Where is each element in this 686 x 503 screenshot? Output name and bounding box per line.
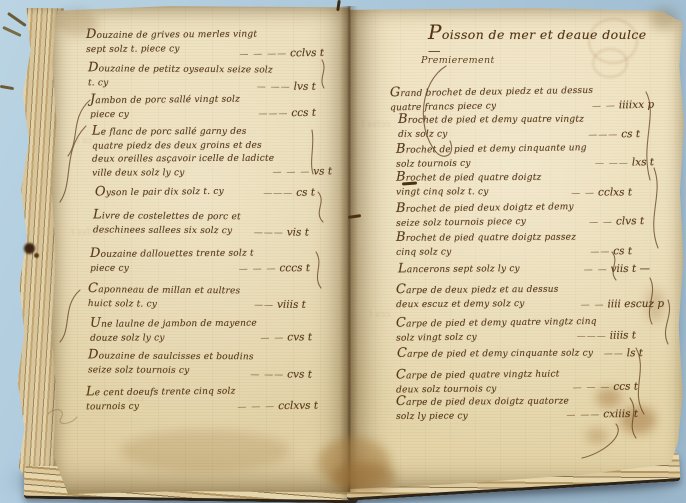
leader-dashes: ——— xyxy=(258,109,288,119)
entry-amount: cvs t xyxy=(287,331,312,343)
leader-dashes: ——— xyxy=(263,189,293,199)
ledger-entry: Douzaine dallouettes trente solz t piece… xyxy=(90,245,310,276)
ledger-entry: Jambon de porc sallé vingt solz piece cy… xyxy=(90,91,316,121)
ledger-entry: Oyson le pair dix solz t. cy ———cs t xyxy=(95,182,315,201)
entry-text: Caponneau de millan et aultres huict sol… xyxy=(88,282,271,313)
entry-amount: cs t xyxy=(613,245,632,257)
ledger-entry: Carpe de pied quatre vingtz huict deux s… xyxy=(396,366,638,396)
entry-amount: vs t xyxy=(313,165,332,177)
entry-amount: ccs t xyxy=(613,381,638,393)
ledger-entry: Carpe de pied et demy cinquante solz cy … xyxy=(397,345,643,361)
ledger-entry: Douzaine de saulcisses et boudins seize … xyxy=(88,348,312,380)
leader-dashes: —— xyxy=(604,349,624,359)
ledger-entry: Brochet de pied quatre doigtz vingt cinq… xyxy=(396,169,632,199)
entry-amount: cccs t xyxy=(279,262,310,274)
leader-dashes: — — xyxy=(589,218,613,228)
entry-amount: cclvs t xyxy=(290,47,324,59)
ledger-entry: Lancerons sept solz ly cy — —viis t — xyxy=(398,260,650,278)
ledger-entry: Brochet de pied quatre doigtz passez cin… xyxy=(396,229,632,259)
entry-amount: iiii escuz p xyxy=(607,298,664,310)
entry-amount: ccs t xyxy=(291,107,316,119)
ledger-entry: Douzaine de petitz oyseaulx seize solz t… xyxy=(88,61,316,93)
leader-dashes: — — xyxy=(592,101,616,111)
handwriting-layer: Poisson de mer et deaue doulce — Premier… xyxy=(0,0,686,503)
leader-dashes: — — xyxy=(581,300,605,310)
leader-dashes: — — — xyxy=(272,167,310,177)
leader-dashes: — —— xyxy=(250,370,284,380)
ledger-entry: Brochet de pied et demy quatre vingtz di… xyxy=(398,111,640,142)
entry-text: Douzaine de saulcisses et boudins seize … xyxy=(88,348,276,378)
entry-amount: cxiiis t xyxy=(603,408,638,420)
entry-text: Lancerons sept solz ly cy xyxy=(398,260,610,278)
entry-text: Une laulne de jambon de mayence douze so… xyxy=(90,315,277,345)
entry-amount: lxs t xyxy=(632,156,654,168)
ledger-entry: Carpe de pied deux doigtz quatorze solz … xyxy=(396,393,638,422)
ledger-entry: Carpe de deux piedz et au dessus deux es… xyxy=(396,281,664,312)
entry-text: Oyson le pair dix solz t. cy xyxy=(95,183,280,201)
ledger-entry: Grand brochet de deux piedz et au dessus… xyxy=(390,82,654,116)
leader-dashes: — — xyxy=(584,265,608,275)
entry-text: Livre de costelettes de porc et deschine… xyxy=(93,208,275,238)
entry-text: Douzaine de petitz oyseaulx seize solz t… xyxy=(88,61,280,91)
leader-dashes: ——— xyxy=(577,332,607,342)
ledger-entry: Brochet de pied deux doigtz et demy seiz… xyxy=(396,198,644,231)
entry-amount: viis t — xyxy=(611,263,651,275)
leader-dashes: — — — xyxy=(239,264,277,274)
leader-dashes: — —— xyxy=(595,159,629,169)
entry-amount: vis t xyxy=(287,226,309,238)
ledger-entry: Livre de costelettes de porc et deschine… xyxy=(93,208,309,238)
entry-text: Brochet de pied et demy cinquante ung so… xyxy=(396,140,613,172)
entry-text: Brochet de pied quatre doigtz vingt cinq… xyxy=(396,170,594,200)
entry-amount: cclxs t xyxy=(598,186,632,198)
leader-dashes: — — — xyxy=(573,383,611,393)
entry-text: Grand brochet de deux piedz et au dessus… xyxy=(390,82,612,115)
leader-dashes: — — xyxy=(260,333,284,343)
entry-text: Carpe de pied et demy cinquante solz cy xyxy=(397,345,604,362)
ledger-entry: Douzaine de grives ou merles vingt sept … xyxy=(86,26,324,61)
entry-amount: cvs t xyxy=(287,368,312,380)
entry-text: Brochet de pied et demy quatre vingtz di… xyxy=(398,111,601,141)
ledger-entry: Le cent doeufs trente cinq solz tournois… xyxy=(86,383,318,415)
ledger-entry: Brochet de pied et demy cinquante ung so… xyxy=(396,139,654,172)
entry-amount: viiis t xyxy=(277,299,306,311)
entry-amount: clvs t xyxy=(616,215,644,227)
leader-dashes: — — —— xyxy=(239,49,287,59)
leader-dashes: —— xyxy=(590,247,610,257)
leader-dashes: — — — xyxy=(237,402,275,412)
leader-dashes: — — xyxy=(571,189,595,199)
entry-text: Brochet de pied quatre doigtz passez cin… xyxy=(396,229,594,259)
ledger-entry: Le flanc de porc sallé garny des quatre … xyxy=(92,123,332,178)
ledger-entry: Carpe de pied et demy quatre vingtz cinq… xyxy=(396,313,636,344)
leader-dashes: ——— xyxy=(254,228,284,238)
entry-text: Carpe de pied et demy quatre vingtz cinq… xyxy=(396,314,598,346)
manuscript-photograph: cs t cclxs t ls t cs t ccs t cclvs t Poi… xyxy=(0,0,686,503)
entry-text: Jambon de porc sallé vingt solz piece cy xyxy=(90,91,280,122)
page-subheading: Premierement xyxy=(421,55,495,66)
page-heading: Poisson de mer et deaue doulce — xyxy=(428,24,648,59)
entry-amount: cclxvs t xyxy=(278,400,318,412)
entry-amount: iiiis t xyxy=(610,329,637,341)
entry-amount: iiiixx p xyxy=(619,99,655,112)
ledger-entry: Caponneau de millan et aultres huict sol… xyxy=(88,282,306,311)
entry-amount: cs t xyxy=(296,186,315,198)
entry-text: Le flanc de porc sallé garny des quatre … xyxy=(92,124,294,181)
ledger-entry: Une laulne de jambon de mayence douze so… xyxy=(90,315,312,345)
entry-amount: ls t xyxy=(627,347,643,359)
entry-text: Brochet de pied deux doigtz et demy seiz… xyxy=(396,199,605,231)
leader-dashes: —— xyxy=(254,300,274,310)
leader-dashes: — —— xyxy=(566,410,600,420)
